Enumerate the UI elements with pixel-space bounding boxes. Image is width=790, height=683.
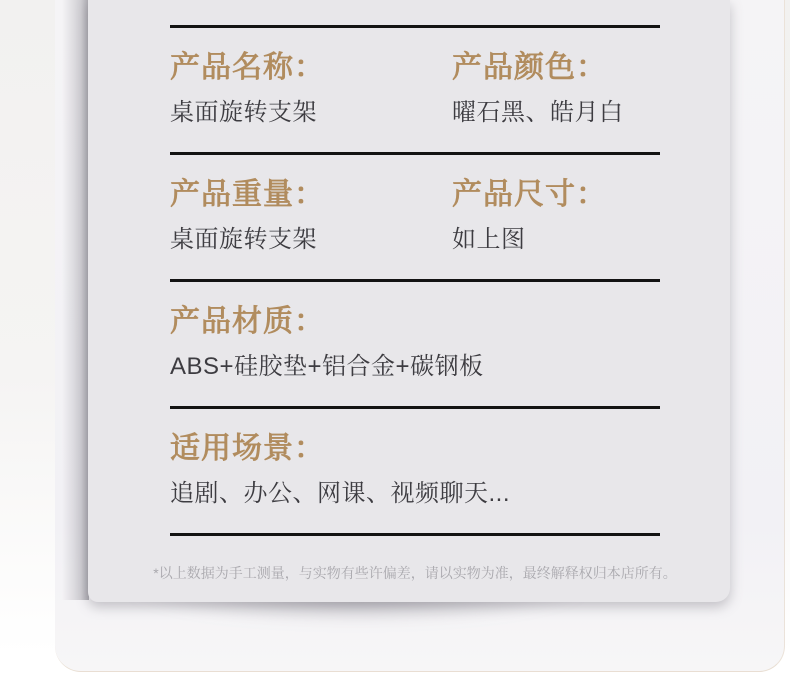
divider [170,533,660,536]
product-material-value: ABS+硅胶垫+铝合金+碳钢板 [170,352,660,382]
product-size-label: 产品尺寸： [452,175,660,215]
use-case-value: 追剧、办公、网课、视频聊天... [170,479,660,509]
paper-sheet: 产品名称： 桌面旋转支架 产品颜色： 曜石黑、皓月白 产品重量： 桌面旋转支架 … [55,0,785,672]
spec-row-name-color: 产品名称： 桌面旋转支架 产品颜色： 曜石黑、皓月白 [170,48,660,128]
divider [170,25,660,28]
product-material-label: 产品材质： [170,302,660,342]
spec-row-material: 产品材质： ABS+硅胶垫+铝合金+碳钢板 [170,302,660,382]
screenshot-canvas: 产品名称： 桌面旋转支架 产品颜色： 曜石黑、皓月白 产品重量： 桌面旋转支架 … [0,0,790,683]
spec-item-product-color: 产品颜色： 曜石黑、皓月白 [452,48,660,128]
spec-item-product-name: 产品名称： 桌面旋转支架 [170,48,452,128]
product-color-label: 产品颜色： [452,48,660,88]
spec-row-use-case: 适用场景： 追剧、办公、网课、视频聊天... [170,429,660,509]
spec-item-product-material: 产品材质： ABS+硅胶垫+铝合金+碳钢板 [170,302,660,382]
spec-item-product-size: 产品尺寸： 如上图 [452,175,660,255]
product-color-value: 曜石黑、皓月白 [452,98,660,128]
product-name-value: 桌面旋转支架 [170,98,452,128]
product-weight-label: 产品重量： [170,175,452,215]
divider [170,279,660,282]
disclaimer-footnote: *以上数据为手工测量，与实物有些许偏差，请以实物为准，最终解释权归本店所有。 [144,564,686,582]
divider [170,406,660,409]
spec-item-use-case: 适用场景： 追剧、办公、网课、视频聊天... [170,429,660,509]
spec-row-weight-size: 产品重量： 桌面旋转支架 产品尺寸： 如上图 [170,175,660,255]
product-size-value: 如上图 [452,225,660,255]
use-case-label: 适用场景： [170,429,660,469]
spec-item-product-weight: 产品重量： 桌面旋转支架 [170,175,452,255]
product-weight-value: 桌面旋转支架 [170,225,452,255]
page-fold-shadow [62,0,89,600]
divider [170,152,660,155]
product-name-label: 产品名称： [170,48,452,88]
product-spec-card: 产品名称： 桌面旋转支架 产品颜色： 曜石黑、皓月白 产品重量： 桌面旋转支架 … [88,0,730,602]
